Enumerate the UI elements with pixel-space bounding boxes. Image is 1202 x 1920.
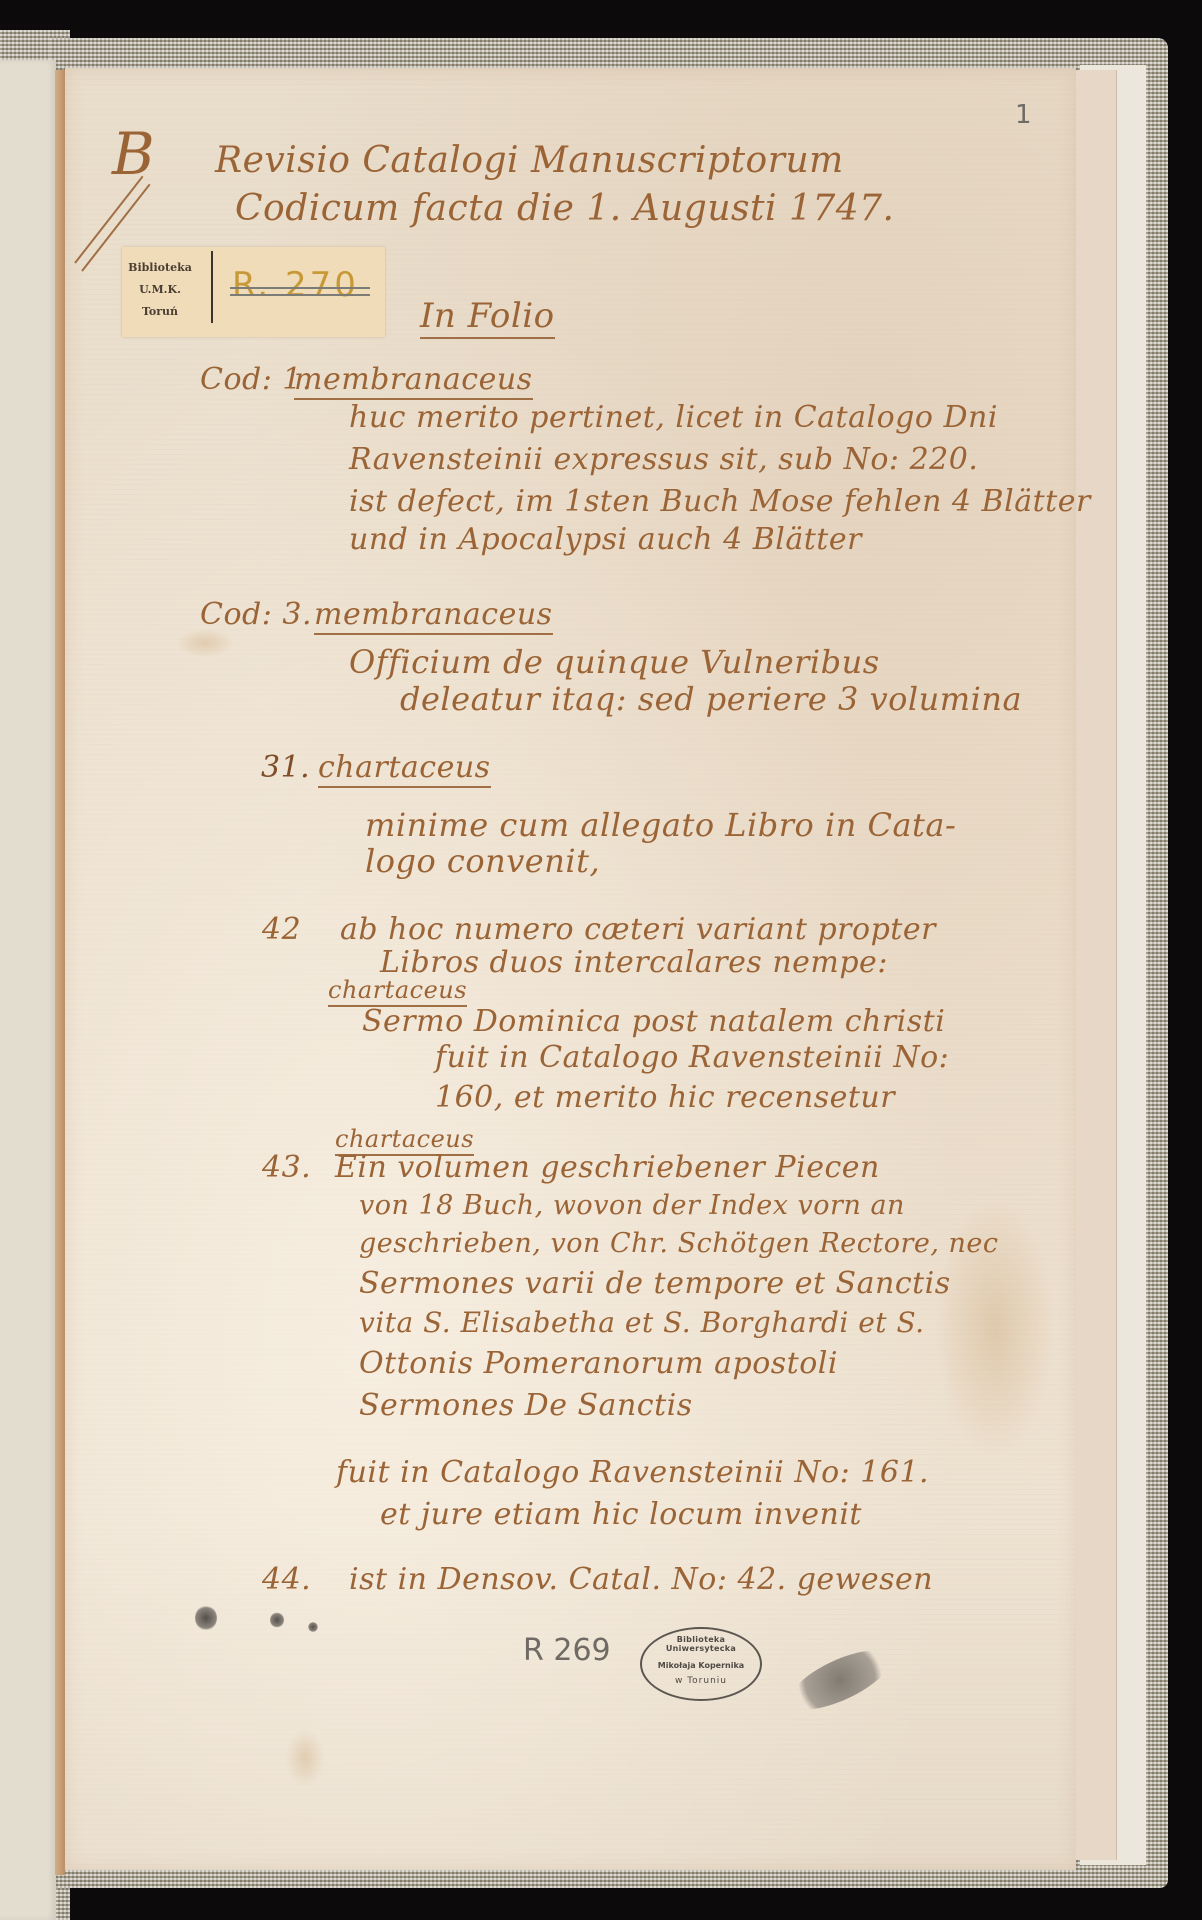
stamp-line-2: Mikołaja Kopernika (642, 1661, 760, 1670)
entry-line: huc merito pertinet, licet in Catalogo D… (349, 400, 998, 435)
folio-number: 1 (1015, 100, 1032, 130)
entry-line: fuit in Catalogo Ravensteinii No: (435, 1040, 949, 1075)
ink-blot (308, 1622, 318, 1632)
entry-line: ist in Densov. Catal. No: 42. gewesen (349, 1562, 933, 1597)
stain (175, 628, 235, 658)
entry-line: vita S. Elisabetha et S. Borghardi et S. (359, 1306, 925, 1339)
title-line-2: Codicum facta die 1. Augusti 1747. (235, 188, 895, 229)
entry-line: Sermones varii de tempore et Sanctis (359, 1266, 951, 1301)
page-gutter-edge (55, 70, 65, 1875)
label-line-3: Toruń (122, 301, 198, 323)
ink-blot (270, 1612, 284, 1628)
stamp-line-3: w Toruniu (642, 1676, 760, 1686)
entry-material: membranaceus (314, 597, 553, 635)
title-line-1: Revisio Catalogi Manuscriptorum (215, 140, 844, 181)
entry-number: 43. (262, 1150, 311, 1185)
stain (285, 1728, 325, 1788)
stamp-line-1: Biblioteka Uniwersytecka (642, 1635, 760, 1653)
entry-line: Officium de quinque Vulneribus (349, 643, 880, 681)
entry-material: chartaceus (328, 976, 467, 1007)
entry-line: Sermones De Sanctis (359, 1388, 693, 1423)
entry-line: von 18 Buch, wovon der Index vorn an (359, 1190, 905, 1221)
section-heading: In Folio (420, 296, 555, 339)
entry-intro: ab hoc numero cæteri variant propter (340, 912, 936, 947)
entry-line: geschrieben, von Chr. Schötgen Rectore, … (359, 1228, 999, 1259)
pencil-shelfmark: R 269 (523, 1633, 611, 1668)
struck-shelfmark: R. 270 (232, 265, 359, 305)
entry-line: und in Apocalypsi auch 4 Blätter (349, 522, 862, 557)
entry-line: 160, et merito hic recensetur (435, 1080, 895, 1115)
entry-line: deleatur itaq: sed periere 3 volumina (400, 680, 1022, 718)
entry-line: minime cum allegato Libro in Cata- (365, 806, 956, 844)
strike-line (230, 287, 370, 289)
entry-intro: Libros duos intercalares nempe: (380, 945, 888, 980)
entry-line: ist defect, im 1sten Buch Mose fehlen 4 … (349, 484, 1091, 519)
entry-number: Cod: 3. (200, 597, 312, 632)
ink-blot (195, 1605, 217, 1631)
entry-line: Ravensteinii expressus sit, sub No: 220. (349, 442, 978, 477)
entry-number: 44. (262, 1562, 311, 1597)
label-line-1: Biblioteka (122, 257, 198, 279)
strike-line (230, 294, 370, 296)
entry-line: logo convenit, (365, 842, 600, 880)
label-line-2: U.M.K. (122, 279, 198, 301)
label-divider (211, 251, 213, 323)
margin-mark: B (112, 120, 155, 188)
library-label: Biblioteka U.M.K. Toruń R. 270 (122, 247, 385, 337)
entry-material: membranaceus (294, 362, 533, 400)
entry-line: Sermo Dominica post natalem christi (362, 1004, 945, 1039)
underlying-leaves (1074, 70, 1117, 1860)
entry-line: et jure etiam hic locum invenit (380, 1497, 862, 1532)
library-stamp: Biblioteka Uniwersytecka Mikołaja Kopern… (640, 1627, 762, 1701)
entry-line: Ein volumen geschriebener Piecen (335, 1150, 880, 1185)
entry-material: chartaceus (318, 750, 491, 788)
facing-page (0, 60, 56, 1920)
entry-line: fuit in Catalogo Ravensteinii No: 161. (336, 1455, 929, 1490)
entry-number: 42 (262, 912, 301, 947)
entry-line: Ottonis Pomeranorum apostoli (359, 1346, 838, 1381)
entry-number: 31. (261, 750, 310, 785)
